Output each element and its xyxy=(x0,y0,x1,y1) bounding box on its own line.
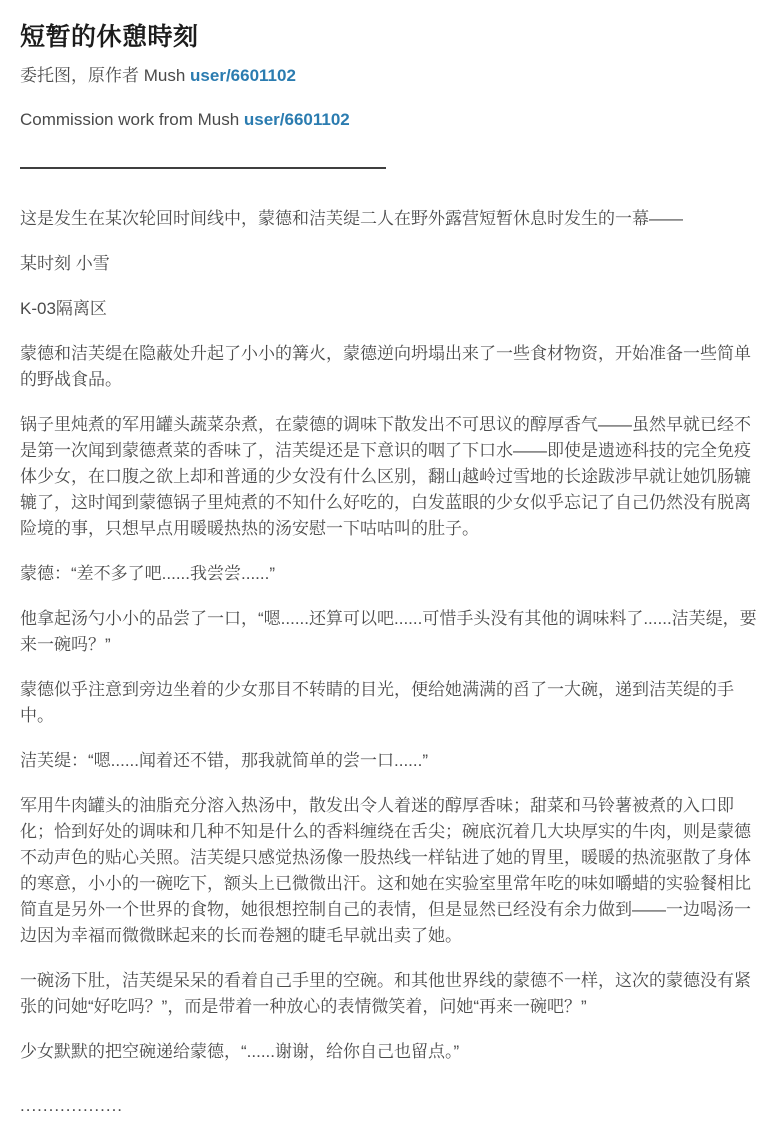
byline-chinese-text: 委托图，原作者 Mush xyxy=(20,66,190,85)
paragraph: 某时刻 小雪 xyxy=(20,251,761,277)
article-body: 这是发生在某次轮回时间线中，蒙德和洁芙缇二人在野外露营短暂休息时发生的一幕——某… xyxy=(20,206,761,1119)
byline-english: Commission work from Mush user/6601102 xyxy=(20,109,761,131)
paragraph: 蒙德：“差不多了吧......我尝尝......” xyxy=(20,561,761,587)
paragraph: 锅子里炖煮的军用罐头蔬菜杂煮，在蒙德的调味下散发出不可思议的醇厚香气——虽然早就… xyxy=(20,412,761,542)
author-user-link-en[interactable]: user/6601102 xyxy=(244,110,350,129)
byline-chinese: 委托图，原作者 Mush user/6601102 xyxy=(20,65,761,87)
paragraph: 一碗汤下肚，洁芙缇呆呆的看着自己手里的空碗。和其他世界线的蒙德不一样，这次的蒙德… xyxy=(20,968,761,1020)
paragraph: 少女默默的把空碗递给蒙德，“......谢谢，给你自己也留点。” xyxy=(20,1039,761,1065)
paragraph: 蒙德似乎注意到旁边坐着的少女那目不转睛的目光，便给她满满的舀了一大碗，递到洁芙缇… xyxy=(20,677,761,729)
paragraph: 洁芙缇：“嗯......闻着还不错，那我就简单的尝一口......” xyxy=(20,748,761,774)
paragraph: 这是发生在某次轮回时间线中，蒙德和洁芙缇二人在野外露营短暂休息时发生的一幕—— xyxy=(20,206,761,232)
paragraph: K-03隔离区 xyxy=(20,296,761,322)
author-user-link-zh[interactable]: user/6601102 xyxy=(190,66,296,85)
byline-english-text: Commission work from Mush xyxy=(20,110,244,129)
paragraph: 蒙德和洁芙缇在隐蔽处升起了小小的篝火，蒙德逆向坍塌出来了一些食材物资，开始准备一… xyxy=(20,341,761,393)
page-title: 短暂的休憩時刻 xyxy=(20,22,761,52)
paragraph: 他拿起汤勺小小的品尝了一口，“嗯......还算可以吧......可惜手头没有其… xyxy=(20,606,761,658)
paragraph: 军用牛肉罐头的油脂充分溶入热汤中，散发出令人着迷的醇厚香味；甜菜和马铃薯被煮的入… xyxy=(20,793,761,949)
section-divider xyxy=(20,167,386,169)
article-page: 短暂的休憩時刻 委托图，原作者 Mush user/6601102 Commis… xyxy=(0,0,781,1129)
ellipsis-line: .................. xyxy=(20,1093,761,1119)
